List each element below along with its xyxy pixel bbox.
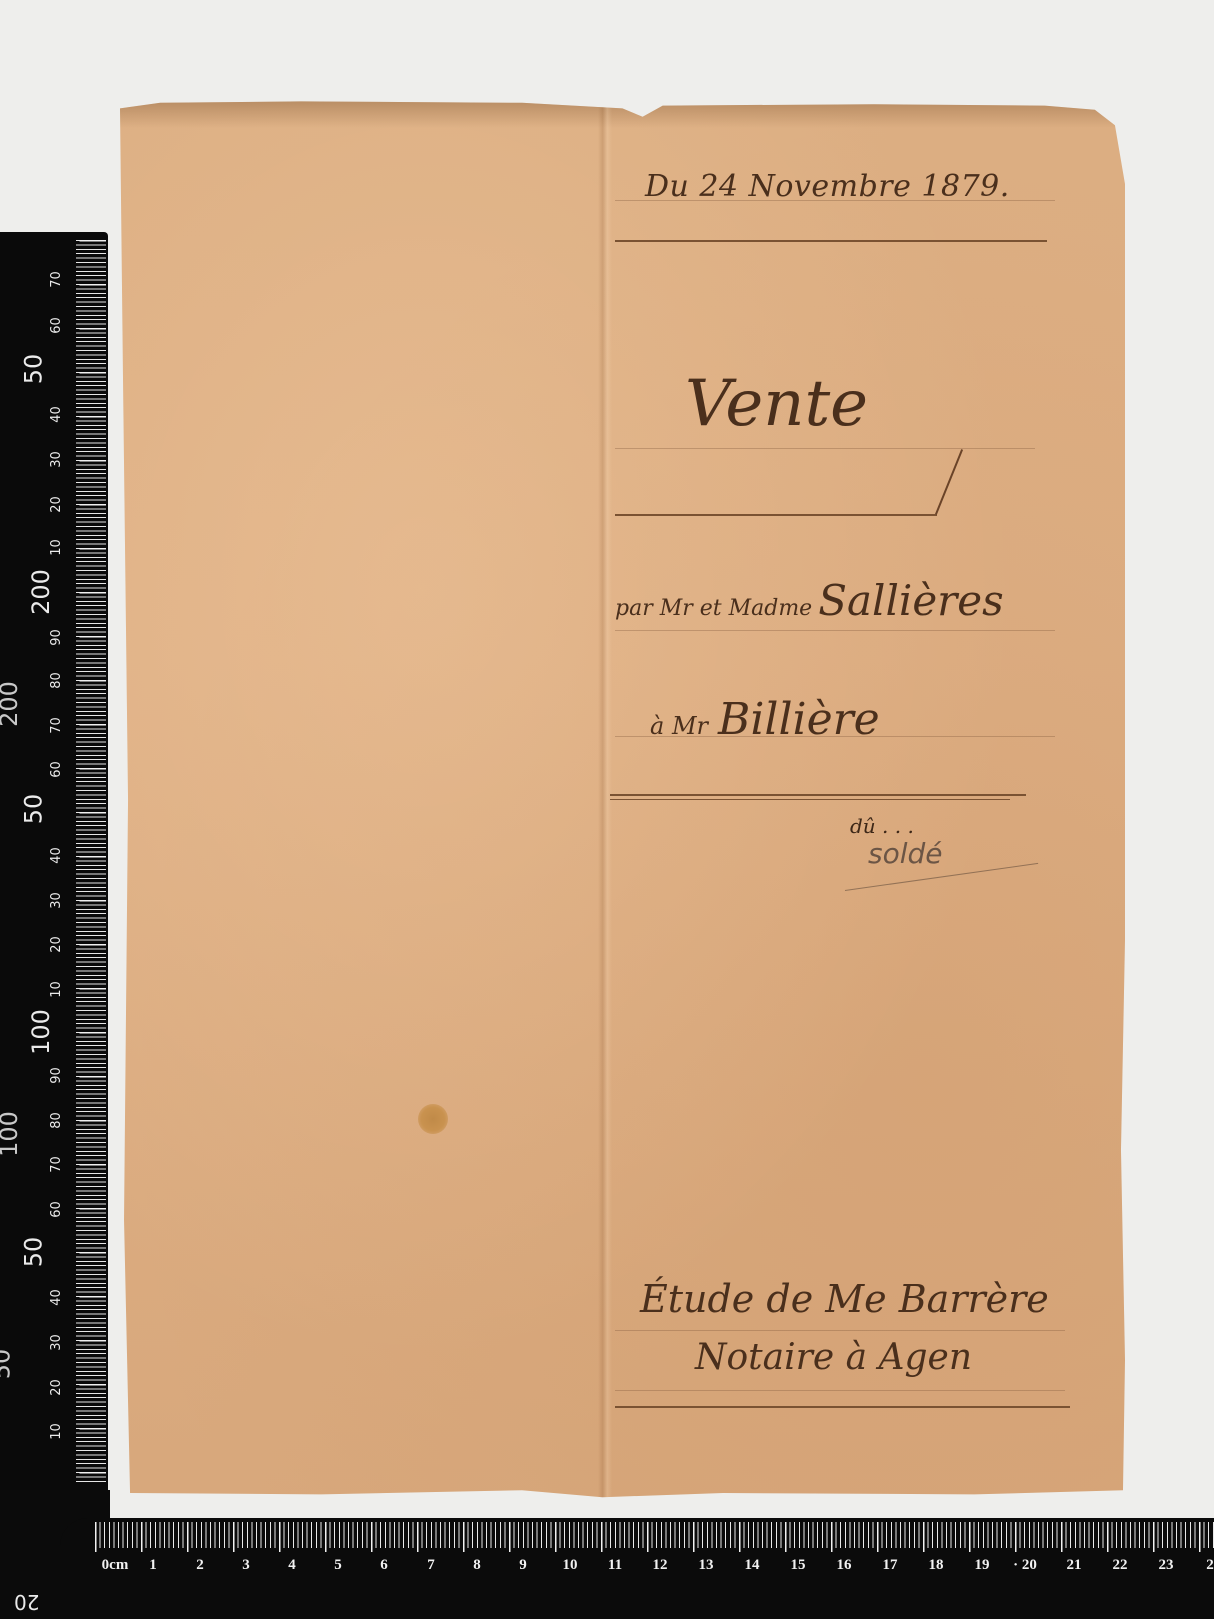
seller-name: Sallières [818, 576, 1003, 625]
hruler-label: 9 [519, 1557, 527, 1574]
buyer-guide-line [615, 736, 1055, 737]
office-guide-line [615, 1330, 1065, 1331]
seller-line: par Mr et MadmeSallières [615, 580, 1004, 622]
vruler-label: 30 [49, 892, 64, 909]
vruler-label: 80 [49, 1112, 64, 1129]
hruler-label: 8 [473, 1557, 481, 1574]
vruler-label: 50 [19, 1237, 47, 1268]
paper-stain [418, 1104, 448, 1134]
vruler-label: 30 [49, 451, 64, 468]
vruler-label: 20 [49, 936, 64, 953]
vruler-label: 40 [49, 406, 64, 423]
hruler-label: 17 [883, 1557, 898, 1574]
vruler-edge-label: 100 [0, 1111, 23, 1157]
hruler-label: · 20 [1013, 1557, 1037, 1574]
vruler-label: 60 [49, 317, 64, 334]
vruler-label: 90 [49, 629, 64, 646]
vruler-label: 90 [49, 1067, 64, 1084]
vruler-label: 100 [27, 1009, 55, 1055]
ruler-corner-flipped-label: 20 [14, 1590, 39, 1614]
vruler-label: 70 [49, 717, 64, 734]
vruler-label: 20 [49, 496, 64, 513]
parties-underline [610, 794, 1026, 796]
pencil-settled-note: soldé [868, 840, 943, 868]
hruler-label: 22 [1113, 1557, 1128, 1574]
title-guide-line [615, 448, 1035, 449]
notary-underline [615, 1406, 1070, 1408]
vruler-label: 40 [49, 1289, 64, 1306]
vruler-label: 70 [49, 271, 64, 288]
vruler-label: 30 [49, 1334, 64, 1351]
notary-office: Étude de Me Barrère [640, 1280, 1049, 1318]
document-title: Vente [685, 372, 868, 436]
hruler-label: 12 [653, 1557, 668, 1574]
document-paper: Du 24 Novembre 1879. Vente par Mr et Mad… [120, 100, 1125, 1500]
seller-prefix: par Mr et Madme [615, 596, 812, 621]
vruler-label: 60 [49, 761, 64, 778]
notary-guide-line [615, 1390, 1065, 1391]
horizontal-ruler-labels: 0cm 1 2 3 4 5 6 7 8 9 10 11 12 13 14 15 … [0, 1557, 1214, 1581]
hruler-label: 3 [242, 1557, 250, 1574]
paper-fold-crease [598, 100, 612, 1500]
vertical-ruler-major-ticks [62, 240, 106, 1485]
vruler-label: 10 [49, 1423, 64, 1440]
hruler-label: 2 [196, 1557, 204, 1574]
vruler-label: 40 [49, 847, 64, 864]
hruler-label: 11 [608, 1557, 622, 1574]
vruler-label: 50 [19, 794, 47, 825]
vruler-edge-label: 50 [0, 1349, 15, 1380]
parties-underline-second [610, 799, 1010, 800]
hruler-label: 15 [791, 1557, 806, 1574]
vruler-edge-label: 200 [0, 681, 23, 727]
hruler-label: 16 [837, 1557, 852, 1574]
hruler-label: 13 [699, 1557, 714, 1574]
hruler-label: 19 [975, 1557, 990, 1574]
hruler-label: 6 [380, 1557, 388, 1574]
hruler-label: 4 [288, 1557, 296, 1574]
date-underline [615, 240, 1047, 242]
seller-guide-line [615, 630, 1055, 631]
vruler-label: 60 [49, 1201, 64, 1218]
vruler-label: 200 [27, 569, 55, 615]
title-underline [615, 514, 937, 516]
vruler-label: 10 [49, 539, 64, 556]
hruler-label: 1 [149, 1557, 157, 1574]
hruler-label: 18 [929, 1557, 944, 1574]
hruler-label: 10 [563, 1557, 578, 1574]
paper-top-edge [120, 100, 1125, 128]
horizontal-ruler-major-ticks [95, 1522, 1214, 1552]
hruler-label: 21 [1067, 1557, 1082, 1574]
hruler-label: 7 [427, 1557, 435, 1574]
vruler-label: 50 [19, 354, 47, 385]
buyer-name: Billière [718, 694, 880, 745]
document-date: Du 24 Novembre 1879. [645, 172, 1010, 202]
vruler-label: 80 [49, 672, 64, 689]
hruler-label: 14 [745, 1557, 760, 1574]
hruler-label: 5 [334, 1557, 342, 1574]
vruler-label: 10 [49, 981, 64, 998]
vruler-label: 20 [49, 1379, 64, 1396]
date-guide-line [615, 200, 1055, 201]
due-note: dû . . . [850, 816, 914, 836]
vruler-label: 70 [49, 1156, 64, 1173]
title-underline-hook [935, 449, 963, 515]
hruler-unit-label: 0cm [102, 1557, 129, 1574]
hruler-label: 23 [1159, 1557, 1174, 1574]
notary-location: Notaire à Agen [695, 1340, 972, 1376]
hruler-label: 2 [1206, 1557, 1214, 1574]
